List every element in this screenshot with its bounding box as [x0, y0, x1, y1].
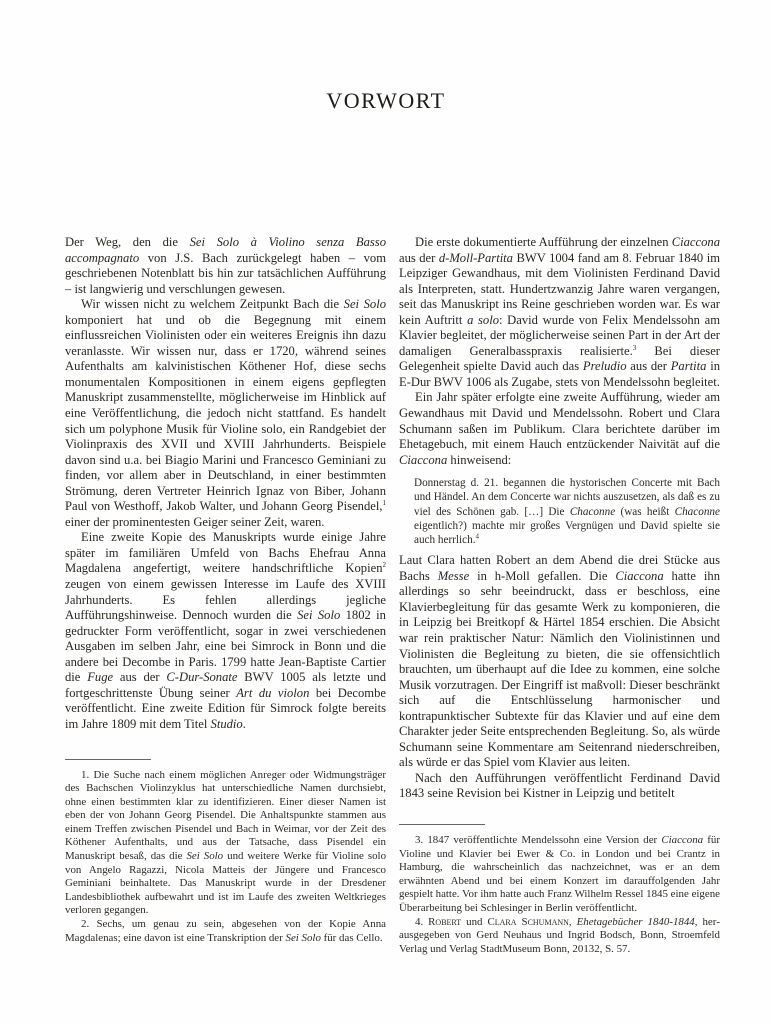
- italic-run: Ciaccona: [672, 235, 720, 249]
- right-footnotes: 3. 1847 veröffentlichte Mendelssohn eine…: [399, 834, 720, 956]
- right-body-text: Die erste dokumentierte Aufführung der e…: [399, 235, 720, 468]
- paragraph: Nach den Aufführungen veröffentlicht Fer…: [399, 771, 720, 802]
- italic-run: Chaconne: [570, 506, 615, 518]
- paragraph: Der Weg, den die Sei Solo à Violino senz…: [65, 235, 386, 297]
- footnote-ref: 3: [633, 344, 637, 352]
- paragraph: Eine zweite Kopie des Manuskripts wurde …: [65, 530, 386, 732]
- paragraph: Ein Jahr später erfolgte eine zweite Auf…: [399, 390, 720, 468]
- italic-run: a solo: [467, 313, 499, 327]
- paragraph: Laut Clara hatten Robert an dem Abend di…: [399, 553, 720, 771]
- italic-run: Art du violon: [236, 686, 309, 700]
- italic-run: Sei Solo: [344, 297, 386, 311]
- left-footnotes: 1. Die Suche nach einem möglichen Anrege…: [65, 769, 386, 946]
- italic-run: Ehetagebücher 1840-1844: [577, 916, 695, 928]
- italic-run: Ciaccona: [615, 569, 663, 583]
- italic-run: Chaconne: [675, 506, 720, 518]
- document-page: VORWORT Der Weg, den die Sei Solo à Viol…: [0, 0, 772, 1024]
- footnote: 1. Die Suche nach einem möglichen Anrege…: [65, 769, 386, 919]
- italic-run: Ciaccona: [399, 453, 447, 467]
- left-body-text: Der Weg, den die Sei Solo à Violino senz…: [65, 235, 386, 733]
- small-caps-run: Robert: [428, 916, 461, 928]
- italic-run: Sei Solo: [297, 608, 340, 622]
- footnote: 2. Sechs, um genau zu sein, abgesehen vo…: [65, 918, 386, 945]
- left-column: Der Weg, den die Sei Solo à Violino senz…: [65, 235, 386, 945]
- page-title: VORWORT: [0, 88, 772, 114]
- italic-run: Ciaccona: [661, 834, 703, 846]
- small-caps-run: Clara Schumann: [487, 916, 568, 928]
- right-body-text-continued: Laut Clara hatten Robert an dem Abend di…: [399, 553, 720, 802]
- paragraph: Die erste dokumentierte Aufführung der e…: [399, 235, 720, 390]
- footnote: 4. Robert und Clara Schumann, Ehetagebüc…: [399, 916, 720, 957]
- italic-run: Studio: [211, 717, 243, 731]
- footnote-ref: 1: [383, 499, 387, 507]
- italic-run: Preludio: [583, 359, 627, 373]
- italic-run: Fuge: [87, 670, 113, 684]
- paragraph: Wir wissen nicht zu welchem Zeitpunkt Ba…: [65, 297, 386, 530]
- footnote: 3. 1847 veröffentlichte Mendelssohn eine…: [399, 834, 720, 916]
- italic-run: d-Moll-Partita: [439, 251, 513, 265]
- block-quote: Donnerstag d. 21. begannen die hystorisc…: [414, 476, 720, 547]
- italic-run: Sei Solo à Violino senza Basso accompagn…: [65, 235, 386, 265]
- footnote-ref: 2: [383, 561, 387, 569]
- footnote-ref: 4: [476, 532, 480, 540]
- italic-run: Sei Solo: [186, 850, 223, 862]
- right-column: Die erste dokumentierte Aufführung der e…: [399, 235, 720, 956]
- italic-run: Partita: [671, 359, 707, 373]
- italic-run: Sei Solo: [286, 932, 321, 944]
- italic-run: C-Dur-Sonate: [166, 670, 237, 684]
- italic-run: Messe: [438, 569, 469, 583]
